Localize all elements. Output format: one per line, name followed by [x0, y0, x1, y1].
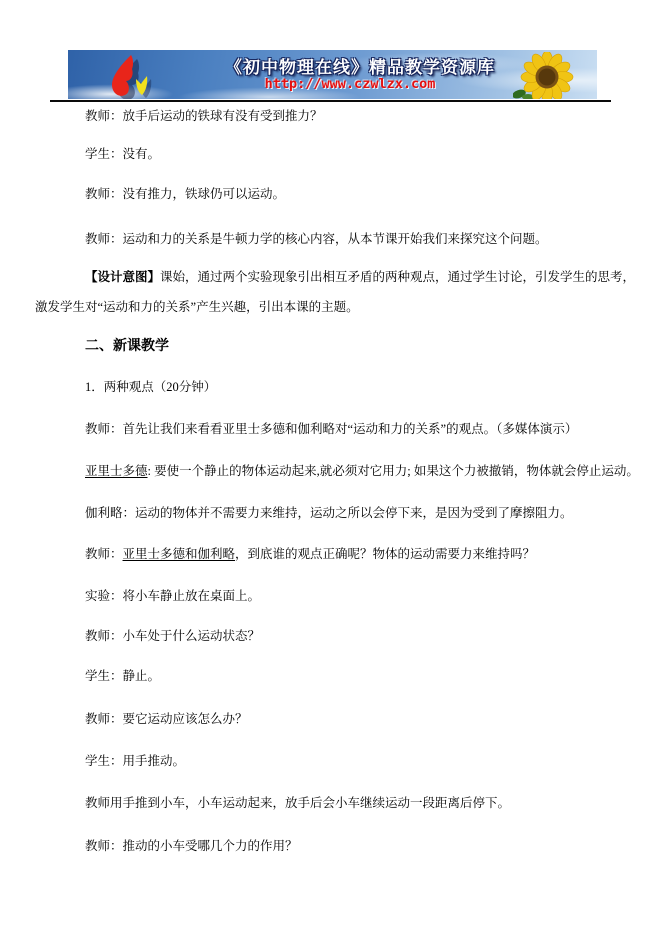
paragraph-text: 课始，通过两个实验现象引出相互矛盾的两种观点，通过学生讨论，引发学生的思考， — [160, 270, 635, 284]
teacher-question-paragraph: 教师：亚里士多德和伽利略，到底谁的观点正确呢？物体的运动需要力来维持吗？ — [60, 546, 601, 562]
paragraph: 教师：首先让我们来看看亚里士多德和伽利略对“运动和力的关系”的观点。（多媒体演示… — [60, 421, 601, 437]
paragraph: 伽利略：运动的物体并不需要力来维持，运动之所以会停下来，是因为受到了摩擦阻力。 — [60, 505, 601, 521]
document-page: 《初中物理在线》精品教学资源库 http://www.czwlzx.com — [0, 0, 661, 935]
sunflower-icon — [513, 52, 577, 99]
paragraph: 教师：没有推力，铁球仍可以运动。 — [60, 186, 601, 202]
design-intent-label: 【设计意图】 — [85, 270, 160, 284]
flame-logo-icon — [103, 54, 163, 99]
paragraph-line: 激发学生对“运动和力的关系”产生兴趣，引出本课的主题。 — [35, 292, 601, 322]
paragraph: 学生：用手推动。 — [60, 753, 601, 769]
paragraph: 实验：将小车静止放在桌面上。 — [60, 588, 601, 604]
design-intent-paragraph: 【设计意图】课始，通过两个实验现象引出相互矛盾的两种观点，通过学生讨论，引发学生… — [60, 262, 601, 322]
site-banner: 《初中物理在线》精品教学资源库 http://www.czwlzx.com — [68, 50, 597, 99]
paragraph: 教师用手推到小车，小车运动起来，放手后会小车继续运动一段距离后停下。 — [60, 795, 601, 811]
aristotle-paragraph: 亚里士多德: 要使一个静止的物体运动起来,就必须对它用力; 如果这个力被撤销，物… — [60, 463, 601, 479]
paragraph: 教师：运动和力的关系是牛顿力学的核心内容，从本节课开始我们来探究这个问题。 — [60, 231, 601, 247]
section-heading: 二、新课教学 — [60, 339, 601, 355]
paragraph: 教师：推动的小车受哪几个力的作用？ — [60, 838, 601, 854]
banner-url: http://www.czwlzx.com — [225, 76, 475, 92]
paragraph: 学生：没有。 — [60, 146, 601, 162]
header-divider — [50, 100, 611, 102]
proper-name: 亚里士多德 — [85, 464, 148, 478]
proper-name: 亚里士多德和伽利略 — [123, 547, 236, 561]
paragraph-text: 教师： — [85, 547, 123, 561]
paragraph-text: : 要使一个静止的物体运动起来,就必须对它用力; 如果这个力被撤销，物体就会停止… — [148, 464, 639, 478]
paragraph-text: ，到底谁的观点正确呢？物体的运动需要力来维持吗？ — [235, 547, 535, 561]
paragraph: 教师：小车处于什么运动状态？ — [60, 628, 601, 644]
banner-title: 《初中物理在线》精品教学资源库 — [225, 53, 475, 78]
paragraph: 教师：放手后运动的铁球有没有受到推力？ — [60, 108, 601, 124]
paragraph-line: 【设计意图】课始，通过两个实验现象引出相互矛盾的两种观点，通过学生讨论，引发学生… — [60, 262, 601, 292]
subsection-heading: 1．两种观点（20分钟） — [60, 379, 601, 395]
paragraph: 学生：静止。 — [60, 668, 601, 684]
paragraph: 教师：要它运动应该怎么办？ — [60, 711, 601, 727]
